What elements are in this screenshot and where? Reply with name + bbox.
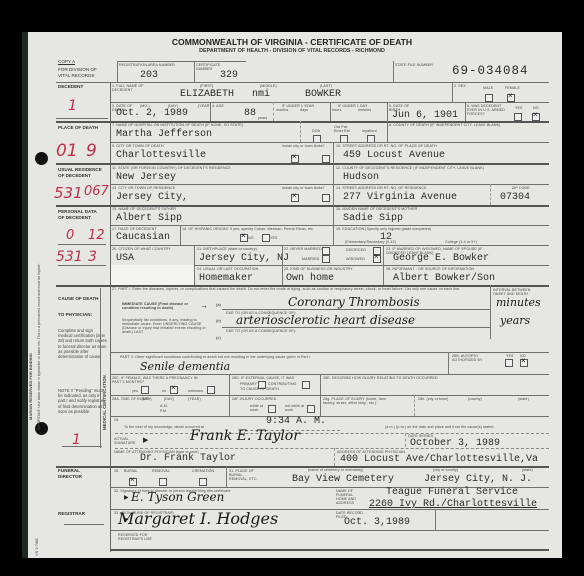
autopsy-yes-checkbox[interactable] [505, 359, 513, 367]
cause-b: arteriosclerotic heart disease [236, 313, 415, 327]
first-name: ELIZABETH [180, 89, 234, 100]
medical-certification-label: MEDICAL CERTIFICATION [102, 375, 107, 430]
certificate-number: 329 [220, 70, 238, 81]
personal-code-c: 531 [56, 249, 83, 265]
injury-not-at-work-checkbox[interactable] [307, 405, 315, 413]
form-code: VS 9 7/88 [34, 538, 39, 556]
to-physician-label: TO PHYSICIAN: [58, 312, 92, 318]
copy-label: COPY A [58, 59, 75, 65]
funeral-director-signature: E. Tyson Green [131, 490, 224, 504]
death-inside-limits-no-checkbox[interactable] [322, 155, 330, 163]
never-married-checkbox[interactable] [322, 247, 330, 255]
date-record-filed: Oct. 3,1989 [344, 517, 410, 528]
margin-reserved-note: MARGIN RESERVED FOR BINDING [28, 353, 33, 420]
certificate-title: COMMONWEALTH OF VIRGINIA - CERTIFICATE O… [0, 37, 584, 47]
place-code-b: 9 [86, 141, 97, 161]
armed-forces-no-checkbox[interactable] [532, 113, 540, 121]
state-file-label: STATE FILE NUMBER [395, 63, 435, 67]
autopsy-no-checkbox[interactable] [520, 359, 528, 367]
pregnancy-unknown-checkbox[interactable] [207, 386, 215, 394]
city-of-death: Charlottesville [116, 150, 206, 161]
registration-area-number: 203 [140, 70, 158, 81]
cause-a-interval: minutes [496, 296, 541, 309]
section-registrar: REGISTRAR [58, 511, 85, 517]
race: Caucasian [116, 232, 170, 243]
residence-county: Hudson [343, 172, 379, 183]
pregnancy-yes-checkbox[interactable] [141, 386, 149, 394]
injury-at-work-checkbox[interactable] [268, 405, 276, 413]
residence-code-a: 531 [54, 184, 83, 202]
part2-conditions: Senile dementia [140, 360, 230, 373]
personal-code-d: 3 [88, 249, 97, 265]
removal-checkbox[interactable] [159, 478, 167, 486]
residence-street: 277 Virginia Avenue [343, 192, 457, 203]
cemetery-city: Jersey City, N. J. [424, 474, 532, 485]
occupation: Homemaker [199, 273, 253, 284]
spouse-name: George E. Bowker [393, 253, 489, 264]
section-funeral-director: FUNERAL DIRECTOR [58, 468, 98, 479]
informant: Albert Bowker/Son [393, 273, 495, 284]
external-contributing-checkbox[interactable] [302, 381, 310, 389]
arrow-icon: → [200, 301, 208, 310]
physician-name: Dr. Frank Taylor [140, 453, 236, 464]
arrow-right-icon: ▶ [124, 494, 129, 501]
redacted-area [111, 265, 194, 285]
hispanic-yes-checkbox[interactable] [262, 234, 270, 242]
section-decedent: DECEDENT [58, 84, 83, 90]
certificate-subtitle: DEPARTMENT OF HEALTH - DIVISION OF VITAL… [0, 48, 584, 54]
mother-maiden-name: Sadie Sipp [343, 213, 403, 224]
section-usual-residence: USUAL RESIDENCE OF DECEDENT [58, 167, 106, 178]
personal-code-b: 12 [88, 228, 105, 243]
decedent-code: 1 [68, 98, 77, 114]
married-checkbox[interactable] [322, 255, 330, 263]
copy-for-label: FOR DIVISION OF VITAL RECORDS [58, 67, 106, 78]
hispanic-no-checkbox[interactable] [240, 234, 248, 242]
registration-area-label: REGISTRATION AREA NUMBER [119, 63, 179, 67]
arrow-right-icon: ▶ [143, 436, 148, 444]
hospital: Martha Jefferson [116, 129, 212, 140]
sex-male-checkbox[interactable] [485, 94, 493, 102]
date-of-birth: Jun 6, 1901 [392, 110, 458, 121]
residence-zip: 07304 [500, 192, 530, 203]
middle-name: nmi [252, 89, 270, 100]
residence-inside-limits-yes-checkbox[interactable] [291, 194, 299, 202]
cause-b-interval: years [500, 314, 530, 327]
cemetery: Bay View Cemetery [292, 474, 394, 485]
age: 88 [244, 108, 256, 119]
sex-female-checkbox[interactable] [507, 94, 515, 102]
section-cause-of-death: CAUSE OF DEATH [58, 296, 99, 302]
date-of-death: Oct. 2, 1989 [116, 108, 188, 119]
residence-city: Jersey City, [116, 192, 188, 203]
residence-inside-limits-no-checkbox[interactable] [322, 194, 330, 202]
section-place-of-death: PLACE OF DEATH [58, 125, 98, 131]
pregnancy-no-checkbox[interactable] [170, 386, 178, 394]
cause-a: Coronary Thrombosis [288, 295, 420, 309]
state-file-number: 69-034084 [452, 64, 529, 78]
burial-checkbox[interactable] [129, 478, 137, 486]
street-of-death: 459 Locust Avenue [343, 150, 445, 161]
father-name: Albert Sipp [116, 213, 182, 224]
margin-important-note: IMPORTANT: Use black ribbon in typewrite… [37, 230, 41, 430]
last-name: BOWKER [305, 89, 341, 100]
armed-forces-yes-checkbox[interactable] [514, 113, 522, 121]
personal-code-a: 0 [66, 228, 74, 243]
physician-address: 400 Locust Ave/Charlottesville,Va [340, 454, 538, 465]
cremation-checkbox[interactable] [199, 478, 207, 486]
residence-state: New Jersey [116, 172, 176, 183]
punch-hole [35, 152, 48, 165]
death-inside-limits-yes-checkbox[interactable] [291, 155, 299, 163]
residence-code-b: 067 [84, 184, 109, 199]
industry: Own home [286, 273, 334, 284]
birthplace: Jersey City, NJ [199, 253, 289, 264]
place-code-a: 01 [56, 141, 78, 161]
physician-signature: Frank E. Taylor [190, 428, 300, 444]
registrar-signature: Margaret I. Hodges [118, 509, 278, 528]
citizen-country: USA [116, 253, 134, 264]
binding-edge [22, 32, 28, 558]
widowed-checkbox[interactable] [373, 255, 381, 263]
section-personal-data: PERSONAL DATA OF DECEDENT [58, 209, 98, 220]
funeral-home: Teague Funeral Service [386, 487, 518, 498]
time-of-death: 9:34 A. M. [266, 416, 326, 427]
